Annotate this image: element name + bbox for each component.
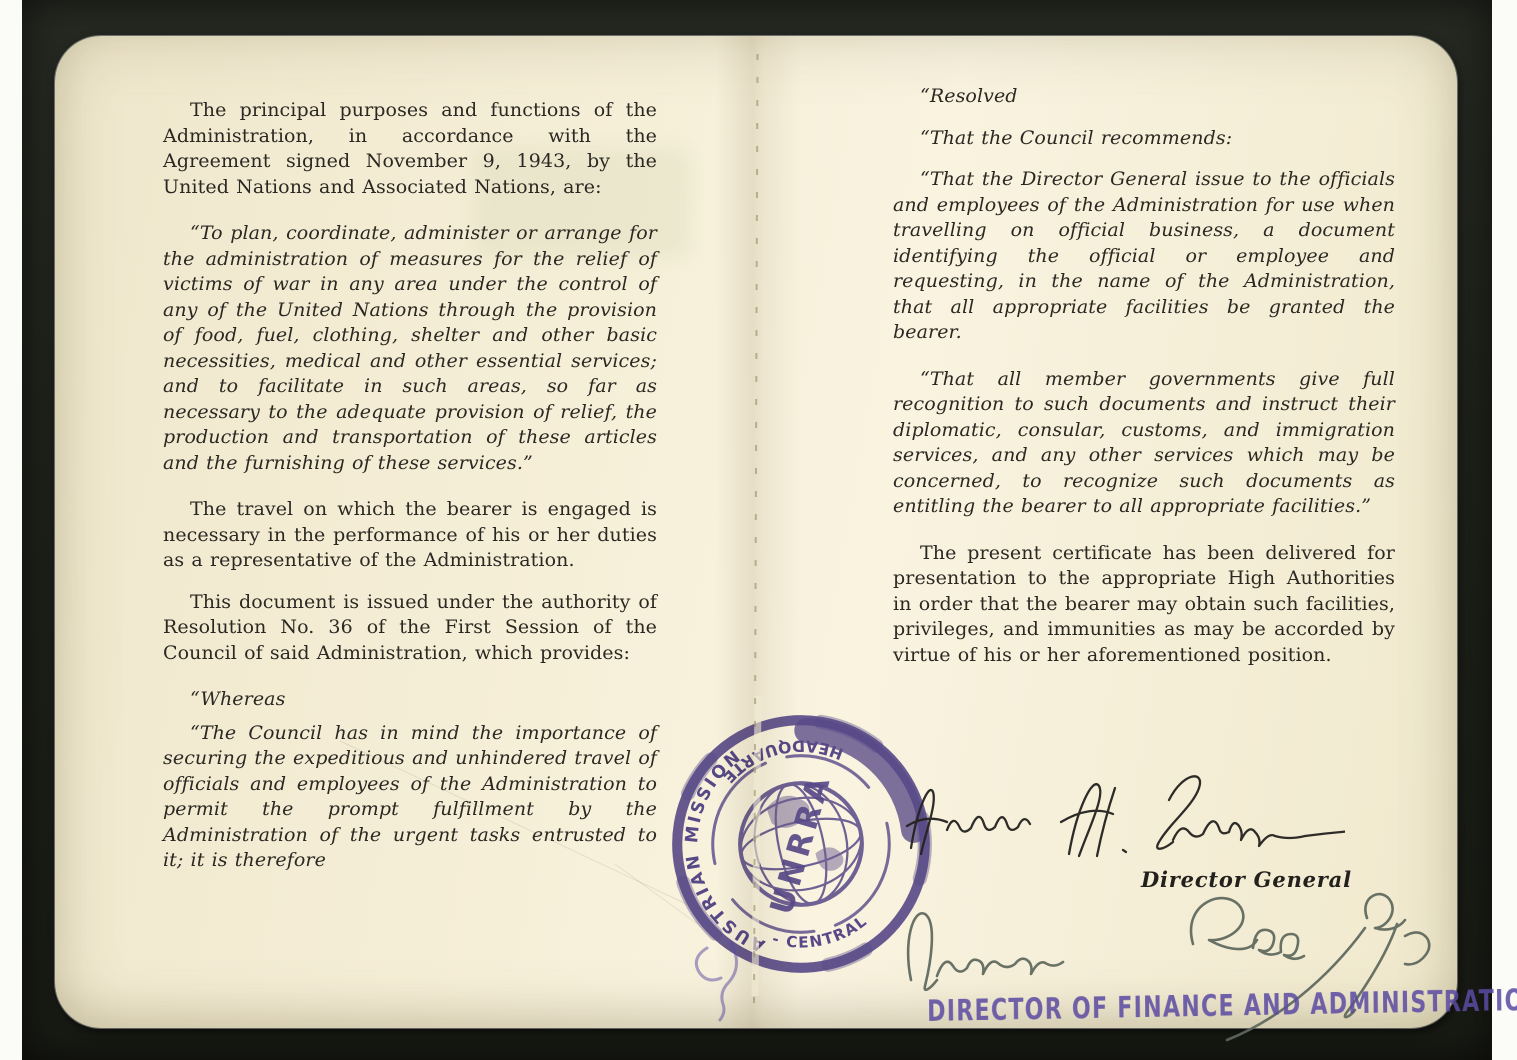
left-page: The principal purposes and functions of … [163, 98, 657, 895]
certificate-page-spread: The principal purposes and functions of … [55, 36, 1457, 1028]
paragraph-resolution-authority: This document is issued under the author… [163, 590, 657, 667]
paragraph-resolved: “Resolved [893, 84, 1395, 110]
signature-director-general [901, 766, 1345, 878]
paragraph-principal-purposes: The principal purposes and functions of … [163, 98, 657, 200]
signature-finance-director [897, 884, 1457, 1056]
paragraph-member-governments: “That all member governments give full r… [893, 367, 1395, 520]
paragraph-council-recommends: “That the Council recommends: [893, 126, 1395, 152]
right-page: “Resolved “That the Council recommends: … [893, 84, 1395, 689]
paragraph-council-importance: “The Council has in mind the importance … [163, 721, 657, 874]
paragraph-present-certificate: The present certificate has been deliver… [893, 541, 1395, 669]
paragraph-agreement-quote: “To plan, coordinate, administer or arra… [163, 221, 657, 476]
paragraph-director-general-issue: “That the Director General issue to the … [893, 167, 1395, 346]
paragraph-whereas: “Whereas [163, 687, 657, 713]
paragraph-travel-necessity: The travel on which the bearer is engage… [163, 497, 657, 574]
